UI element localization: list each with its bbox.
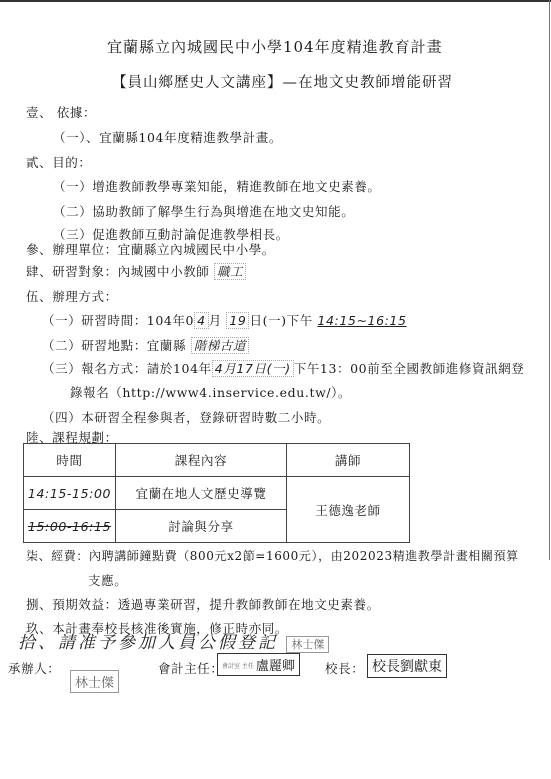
handwritten-location: 階梯古道 xyxy=(191,337,249,354)
header-content: 課程內容 xyxy=(116,444,287,477)
accounting-stamp-name: 盧麗卿 xyxy=(256,659,295,674)
section-4-text: 肆、研習對象：內城國中小教師 xyxy=(26,264,209,279)
section-2-item-2: （二）協助教師了解學生行為與增進在地文史知能。 xyxy=(53,202,354,220)
row-2-time: 15:00-16:15 xyxy=(24,510,116,543)
lecturer-cell: 王德逸老師 xyxy=(287,477,410,543)
handwritten-time-range: 14:15~16:15 xyxy=(317,313,406,328)
training-time-prefix: （一）研習時間：104年0 xyxy=(42,313,194,328)
section-1-item-1: （一）、宜蘭縣104年度精進教學計畫。 xyxy=(53,128,282,146)
accounting-stamp: 會計室 主任盧麗卿 xyxy=(217,653,300,676)
section-2-heading: 貳、目的： xyxy=(26,153,92,171)
header-lecturer: 講師 xyxy=(287,444,410,477)
accounting-stamp-title: 會計室 主任 xyxy=(222,663,254,670)
document-subtitle: 【員山鄉歷史人文講座】—在地文史教師增能研習 xyxy=(112,71,453,92)
row-1-content: 宜蘭在地人文歷史導覽 xyxy=(116,477,287,510)
section-5-heading: 伍、辦理方式： xyxy=(26,287,118,305)
section-4-audience: 肆、研習對象：內城國中小教師 職工 xyxy=(26,262,246,280)
section-7-budget-line2: 支應。 xyxy=(88,571,127,589)
accounting-label: 會計主任： xyxy=(158,659,224,677)
handwritten-month: 4 xyxy=(194,312,209,329)
section-5-item-3: （三）報名方式：請於104年4月17日(一)下午13：00前至全國教師進修資訊網… xyxy=(42,359,524,377)
header-time: 時間 xyxy=(24,444,116,477)
organizer-label: 承辦人： xyxy=(8,659,60,677)
principal-stamp: 校長劉獻東 xyxy=(367,654,447,678)
month-label: 月 xyxy=(209,313,222,328)
scan-edge-top xyxy=(0,0,551,2)
scan-edge-right xyxy=(549,0,550,560)
table-header-row: 時間 課程內容 講師 xyxy=(24,444,410,477)
day-label: 日(一)下午 xyxy=(249,313,312,328)
handwritten-audience: 職工 xyxy=(214,263,246,280)
section-10-handwritten: 拾、請准予參加人員公假登記 林士傑 xyxy=(18,628,329,653)
organizer-stamp: 林士傑 xyxy=(70,670,119,693)
section-5-item-4: （四）本研習全程參與者，登錄研習時數二小時。 xyxy=(42,408,330,426)
section-7-budget: 柒、經費：內聘講師鐘點費（800元x2節=1600元），由202023精進教學計… xyxy=(26,547,519,564)
section-2-item-1: （一）增進教師教學專業知能，精進教師在地文史素養。 xyxy=(53,177,381,195)
section-10-stamp: 林士傑 xyxy=(286,636,329,653)
row-2-content: 討論與分享 xyxy=(116,510,287,543)
section-1-heading: 壹、 依據： xyxy=(26,103,96,121)
registration-url-line: 錄報名（http://www4.inservice.edu.tw/）。 xyxy=(70,383,351,401)
registration-prefix: （三）報名方式：請於104年 xyxy=(42,361,212,376)
handwritten-registration-date: 4月17日(一) xyxy=(212,360,294,377)
document-title: 宜蘭縣立內城國民中小學104年度精進教育計畫 xyxy=(107,36,443,57)
section-5-item-2: （二）研習地點：宜蘭縣 階梯古道 xyxy=(42,336,249,354)
course-schedule-table: 時間 課程內容 講師 14:15-15:00 宜蘭在地人文歷史導覽 王德逸老師 … xyxy=(23,443,410,543)
registration-suffix: 下午13：00前至全國教師進修資訊網登 xyxy=(294,361,525,376)
section-3-organizer: 參、辦理單位：宜蘭縣立內城國民中小學。 xyxy=(26,240,275,258)
table-row: 14:15-15:00 宜蘭在地人文歷史導覽 王德逸老師 xyxy=(24,477,410,510)
handwritten-leave-request: 拾、請准予參加人員公假登記 xyxy=(18,633,278,653)
training-location-prefix: （二）研習地點：宜蘭縣 xyxy=(42,338,186,353)
principal-label: 校長： xyxy=(325,659,364,677)
row-1-time: 14:15-15:00 xyxy=(24,477,116,510)
section-8-benefits: 捌、預期效益：透過專業研習，提升教師教師在地文史素養。 xyxy=(26,595,380,613)
section-5-item-1: （一）研習時間：104年04月 19日(一)下午 14:15~16:15 xyxy=(42,311,407,329)
handwritten-day: 19 xyxy=(226,312,249,329)
